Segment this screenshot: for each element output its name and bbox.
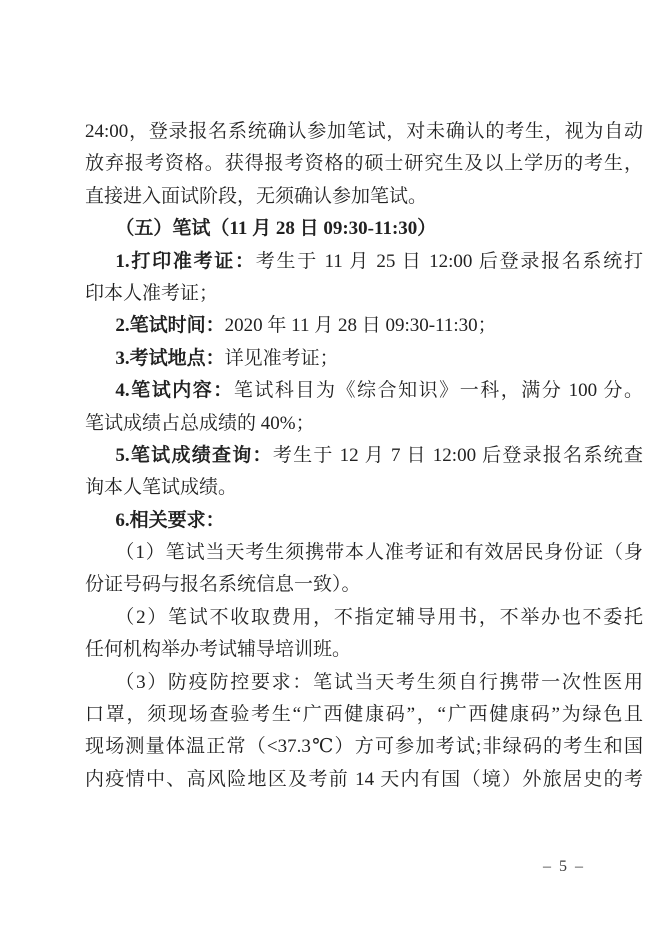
text-line: 5.笔试成绩查询：考生于 12 月 7 日 12:00 后登录报名系统查: [85, 440, 643, 472]
text-run: 考生于 11 月 25 日 12:00 后登录报名系统打: [256, 251, 643, 272]
text-line: 2.笔试时间：2020 年 11 月 28 日 09:30-11:30；: [85, 310, 643, 342]
text-run: 考生于 12 月 7 日 12:00 后登录报名系统查: [273, 445, 643, 466]
text-line: 现场测量体温正常（<37.3℃）方可参加考试;非绿码的考生和国: [85, 731, 643, 763]
text-run: 详见准考证；: [225, 348, 339, 369]
text-run: 放弃报考资格。获得报考资格的硕士研究生及以上学历的考生，: [85, 153, 643, 174]
text-run: （3）防疫防控要求：笔试当天考生须自行携带一次性医用: [115, 672, 643, 693]
text-run: （1）笔试当天考生须携带本人准考证和有效居民身份证（身: [115, 542, 643, 563]
text-run: 24:00，登录报名系统确认参加笔试，对未确认的考生，视为自动: [85, 121, 643, 142]
text-line: （五）笔试（11 月 28 日 09:30-11:30）: [85, 213, 643, 245]
text-run: 印本人准考证；: [85, 283, 218, 304]
text-line: 内疫情中、高风险地区及考前 14 天内有国（境）外旅居史的考: [85, 764, 643, 796]
bold-run: 6.相关要求：: [115, 510, 224, 531]
text-line: 询本人笔试成绩。: [85, 472, 643, 504]
bold-run: 3.考试地点：: [115, 348, 224, 369]
text-line: 1.打印准考证：考生于 11 月 25 日 12:00 后登录报名系统打: [85, 246, 643, 278]
document-body: 24:00，登录报名系统确认参加笔试，对未确认的考生，视为自动放弃报考资格。获得…: [85, 116, 643, 796]
document-page: 24:00，登录报名系统确认参加笔试，对未确认的考生，视为自动放弃报考资格。获得…: [0, 0, 662, 936]
text-run: 直接进入面试阶段，无须确认参加笔试。: [85, 186, 427, 207]
text-line: 放弃报考资格。获得报考资格的硕士研究生及以上学历的考生，: [85, 148, 643, 180]
bold-run: （五）笔试（11 月 28 日 09:30-11:30）: [115, 218, 436, 239]
text-line: 6.相关要求：: [85, 505, 643, 537]
text-line: 3.考试地点：详见准考证；: [85, 343, 643, 375]
text-run: （2）笔试不收取费用，不指定辅导用书，不举办也不委托: [115, 607, 643, 628]
text-run: 内疫情中、高风险地区及考前 14 天内有国（境）外旅居史的考: [85, 769, 643, 790]
text-run: 笔试成绩占总成绩的 40%；: [85, 413, 315, 434]
text-run: 2020 年 11 月 28 日 09:30-11:30；: [225, 315, 497, 336]
text-run: 任何机构举办考试辅导培训班。: [85, 639, 351, 660]
page-number: – 5 –: [543, 858, 585, 876]
text-line: （1）笔试当天考生须携带本人准考证和有效居民身份证（身: [85, 537, 643, 569]
text-line: 24:00，登录报名系统确认参加笔试，对未确认的考生，视为自动: [85, 116, 643, 148]
bold-run: 1.打印准考证：: [115, 251, 255, 272]
text-line: （3）防疫防控要求：笔试当天考生须自行携带一次性医用: [85, 667, 643, 699]
text-run: 口罩，须现场查验考生“广西健康码”，“广西健康码”为绿色且: [85, 704, 643, 725]
text-line: 印本人准考证；: [85, 278, 643, 310]
text-run: 份证号码与报名系统信息一致）。: [85, 574, 361, 595]
bold-run: 4.笔试内容：: [115, 380, 233, 401]
text-line: 份证号码与报名系统信息一致）。: [85, 569, 643, 601]
text-line: 4.笔试内容：笔试科目为《综合知识》一科，满分 100 分。: [85, 375, 643, 407]
text-run: 笔试科目为《综合知识》一科，满分 100 分。: [234, 380, 643, 401]
text-run: 现场测量体温正常（<37.3℃）方可参加考试;非绿码的考生和国: [85, 736, 643, 757]
text-line: （2）笔试不收取费用，不指定辅导用书，不举办也不委托: [85, 602, 643, 634]
text-line: 直接进入面试阶段，无须确认参加笔试。: [85, 181, 643, 213]
bold-run: 2.笔试时间：: [115, 315, 224, 336]
text-run: 询本人笔试成绩。: [85, 477, 237, 498]
text-line: 任何机构举办考试辅导培训班。: [85, 634, 643, 666]
text-line: 笔试成绩占总成绩的 40%；: [85, 408, 643, 440]
bold-run: 5.笔试成绩查询：: [115, 445, 272, 466]
text-line: 口罩，须现场查验考生“广西健康码”，“广西健康码”为绿色且: [85, 699, 643, 731]
